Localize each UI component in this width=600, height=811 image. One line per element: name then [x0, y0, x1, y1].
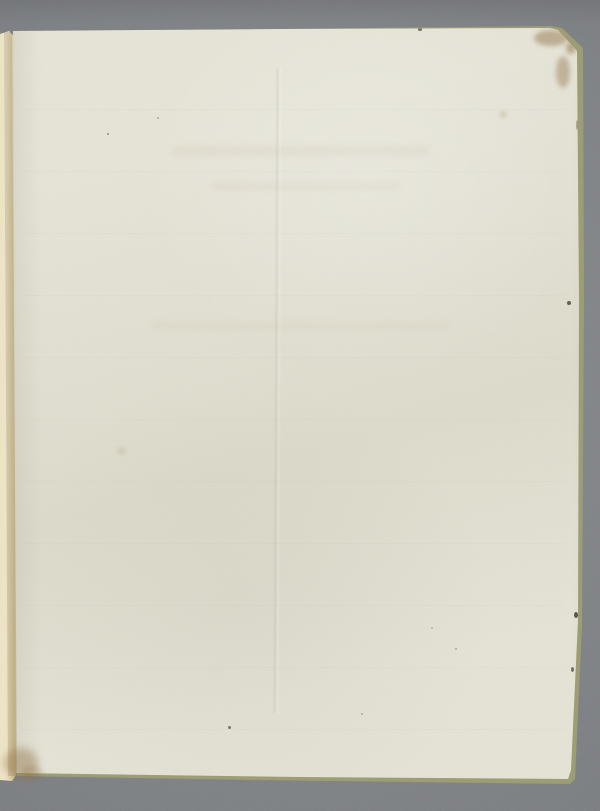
edge-mark [567, 301, 571, 305]
ink-speck [228, 726, 231, 729]
ink-showthrough-smudge [170, 146, 430, 156]
ink-showthrough-smudge [150, 322, 450, 330]
edge-mark [574, 612, 578, 618]
ink-showthrough-smudge [210, 182, 400, 190]
ink-speck [455, 648, 457, 650]
scanned-notebook-photo [0, 0, 600, 811]
ink-speck [107, 133, 109, 135]
foxing-stain [118, 448, 125, 454]
bottom-left-stain [22, 766, 42, 780]
edge-mark [571, 667, 574, 672]
ink-speck [157, 117, 159, 119]
ink-speck [361, 713, 363, 715]
ink-speck [431, 627, 433, 629]
blank-notebook-page [0, 0, 600, 811]
foxing-stain [556, 56, 570, 88]
edge-mark [576, 120, 578, 130]
foxing-stain [500, 112, 506, 117]
